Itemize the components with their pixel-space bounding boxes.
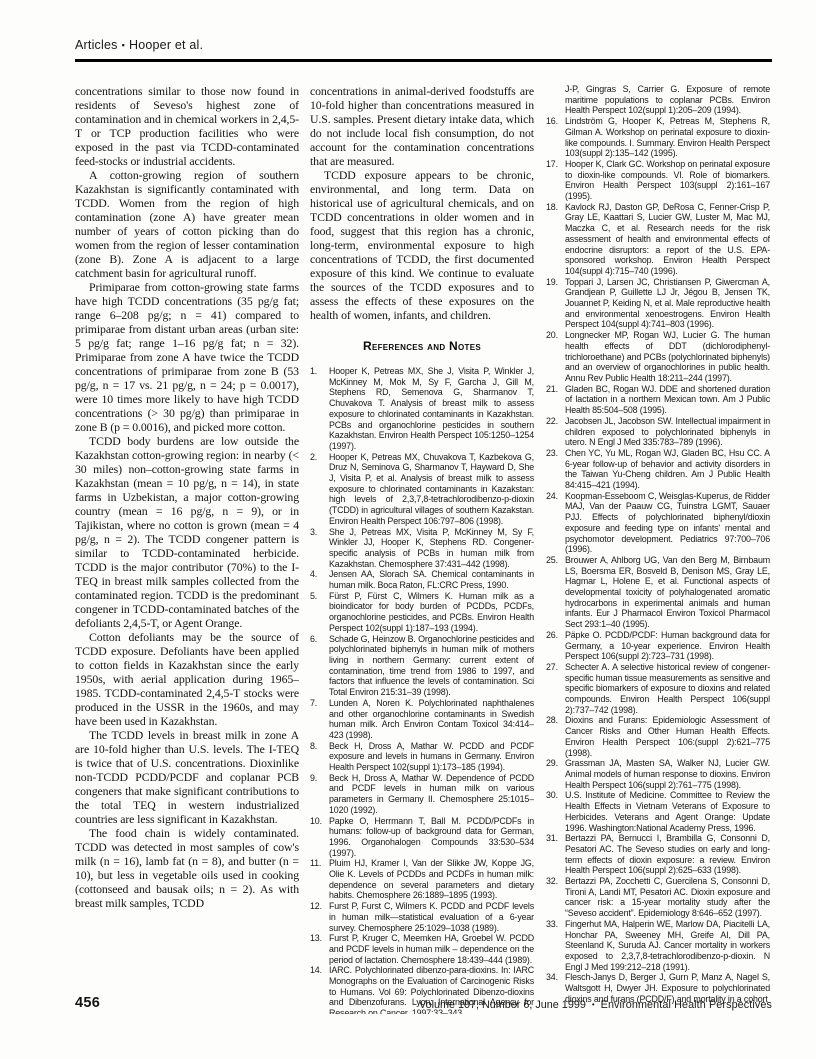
header-rule — [75, 59, 772, 62]
reference-number: 34. — [546, 972, 558, 983]
reference-number: 32. — [546, 876, 558, 887]
reference-number: 21. — [546, 384, 558, 395]
reference-number: 6. — [310, 634, 317, 645]
reference-text: Fingerhut MA, Halperin WE, Marlow DA, Pi… — [565, 919, 770, 972]
reference-text: Bertazzi PA, Bernucci I, Brambilla G, Co… — [565, 833, 770, 875]
reference-number: 5. — [310, 591, 317, 602]
reference-item: 22. Jacobsen JL, Jacobson SW. Intellectu… — [546, 416, 770, 448]
body-paragraph: A cotton-growing region of southern Kaza… — [75, 168, 299, 280]
reference-item: J-P, Gingras S, Carrier G. Exposure of r… — [546, 84, 770, 116]
reference-item: 5. Fürst P, Fürst C, Wilmers K. Human mi… — [310, 591, 534, 634]
references-list-part1: 1. Hooper K, Petreas MX, She J, Visita P… — [310, 366, 534, 1014]
reference-number: 20. — [546, 330, 558, 341]
reference-number: 31. — [546, 833, 558, 844]
reference-item: 29. Grassman JA, Masten SA, Walker NJ, L… — [546, 758, 770, 790]
header-section-label: Articles — [75, 38, 118, 52]
reference-text: She J, Petreas MX, Visita P, McKinney M,… — [329, 527, 534, 569]
reference-item: 8. Beck H, Dross A, Mathar W. PCDD and P… — [310, 741, 534, 773]
reference-item: 33. Fingerhut MA, Halperin WE, Marlow DA… — [546, 919, 770, 973]
reference-item: 25. Brouwer A, Ahlborg UG, Van den Berg … — [546, 555, 770, 630]
reference-number: 1. — [310, 366, 317, 377]
reference-text: Schecter A. A selective historical revie… — [565, 662, 770, 715]
reference-item: 24. Koopman-Esseboom C, Weisglas-Kuperus… — [546, 491, 770, 555]
reference-number: 2. — [310, 452, 317, 463]
footer-volume-info: Volume 107, Number 6, June 1999 — [419, 999, 586, 1011]
reference-text: Chen YC, Yu ML, Rogan WJ, Gladen BC, Hsu… — [565, 448, 770, 490]
reference-item: 2. Hooper K, Petreas MX, Chuvakova T, Ka… — [310, 452, 534, 527]
reference-text: Fürst P, Fürst C, Wilmers K. Human milk … — [329, 591, 534, 633]
reference-number: 26. — [546, 630, 558, 641]
reference-number: 19. — [546, 277, 558, 288]
reference-number: 7. — [310, 698, 317, 709]
reference-text: Hooper K, Petreas MX, She J, Visita P, W… — [329, 366, 534, 451]
reference-item: 6. Schade G, Heinzow B. Organochlorine p… — [310, 634, 534, 698]
reference-text: Koopman-Esseboom C, Weisglas-Kuperus, de… — [565, 491, 770, 555]
reference-number: 30. — [546, 790, 558, 801]
reference-text: Jacobsen JL, Jacobson SW. Intellectual i… — [565, 416, 770, 447]
reference-item: 23. Chen YC, Yu ML, Rogan WJ, Gladen BC,… — [546, 448, 770, 491]
reference-number: 29. — [546, 758, 558, 769]
reference-item: 4. Jensen AA, Slorach SA. Chemical conta… — [310, 569, 534, 590]
body-paragraph: concentrations in animal-derived foodstu… — [310, 84, 534, 168]
reference-number: 13. — [310, 933, 322, 944]
reference-text: Beck H, Dross A, Mathar W. Dependence of… — [329, 773, 534, 815]
running-header: Articles▪Hooper et al. — [75, 38, 203, 52]
header-bullet-icon: ▪ — [118, 40, 129, 50]
reference-item: 11. Pluim HJ, Kramer I, Van der Slikke J… — [310, 858, 534, 901]
body-paragraph: Primiparae from cotton-growing state far… — [75, 280, 299, 434]
reference-item: 12. Furst P, Furst C, Wilmers K. PCDD an… — [310, 901, 534, 933]
reference-text: Beck H, Dross A, Mathar W. PCDD and PCDF… — [329, 741, 534, 772]
reference-number: 3. — [310, 527, 317, 538]
reference-text: Pluim HJ, Kramer I, Van der Slikke JW, K… — [329, 858, 534, 900]
reference-item: 13. Furst P, Kruger C, Meemken HA, Groeb… — [310, 933, 534, 965]
column-left: concentrations similar to those now foun… — [75, 84, 299, 981]
column-right: J-P, Gingras S, Carrier G. Exposure of r… — [546, 84, 770, 1016]
reference-text: Lindström G, Hooper K, Petreas M, Stephe… — [565, 116, 770, 158]
reference-number: 33. — [546, 919, 558, 930]
reference-item: 16. Lindström G, Hooper K, Petreas M, St… — [546, 116, 770, 159]
body-paragraph: concentrations similar to those now foun… — [75, 84, 299, 168]
reference-text: Brouwer A, Ahlborg UG, Van den Berg M, B… — [565, 555, 770, 629]
footer-bullet-icon: • — [586, 1000, 601, 1009]
reference-number: 11. — [310, 858, 321, 869]
reference-text: Furst P, Furst C, Wilmers K. PCDD and PC… — [329, 901, 534, 932]
reference-number: 8. — [310, 741, 317, 752]
references-heading: References and Notes — [310, 339, 534, 353]
body-paragraph: TCDD body burdens are low outside the Ka… — [75, 434, 299, 630]
reference-number: 17. — [546, 159, 558, 170]
body-paragraph: Cotton defoliants may be the source of T… — [75, 630, 299, 728]
reference-text: Jensen AA, Slorach SA. Chemical contamin… — [329, 569, 534, 590]
reference-item: 19. Toppari J, Larsen JC, Christiansen P… — [546, 277, 770, 331]
reference-number: 27. — [546, 662, 558, 673]
footer-journal-name: Environmental Health Perspectives — [601, 999, 772, 1011]
body-paragraph: TCDD exposure appears to be chronic, env… — [310, 168, 534, 322]
reference-number: 4. — [310, 569, 317, 580]
reference-text: Grassman JA, Masten SA, Walker NJ, Lucie… — [565, 758, 770, 789]
reference-item: 9. Beck H, Dross A, Mathar W. Dependence… — [310, 773, 534, 816]
reference-text: Kavlock RJ, Daston GP, DeRosa C, Fenner-… — [565, 202, 770, 276]
reference-number: 12. — [310, 901, 322, 912]
body-paragraph: The food chain is widely contaminated. T… — [75, 826, 299, 910]
reference-number: 14. — [310, 965, 322, 976]
reference-text: Dioxins and Furans: Epidemiologic Assess… — [565, 715, 770, 757]
reference-number: 23. — [546, 448, 558, 459]
reference-item: 32. Bertazzi PA, Zocchetti C, Guercilena… — [546, 876, 770, 919]
reference-text: J-P, Gingras S, Carrier G. Exposure of r… — [565, 84, 770, 115]
reference-item: 30. U.S. Institute of Medicine. Committe… — [546, 790, 770, 833]
column-middle: concentrations in animal-derived foodstu… — [310, 84, 534, 1014]
reference-item: 3. She J, Petreas MX, Visita P, McKinney… — [310, 527, 534, 570]
reference-item: 7. Lunden A, Noren K. Polychlorinated na… — [310, 698, 534, 741]
header-authors: Hooper et al. — [129, 38, 203, 52]
reference-item: 26. Päpke O. PCDD/PCDF: Human background… — [546, 630, 770, 662]
reference-number: 24. — [546, 491, 558, 502]
reference-item: 27. Schecter A. A selective historical r… — [546, 662, 770, 716]
reference-item: 31. Bertazzi PA, Bernucci I, Brambilla G… — [546, 833, 770, 876]
reference-text: Hooper K, Clark GC. Workshop on perinata… — [565, 159, 770, 201]
reference-item: 1. Hooper K, Petreas MX, She J, Visita P… — [310, 366, 534, 452]
reference-number: 10. — [310, 816, 322, 827]
reference-text: Päpke O. PCDD/PCDF: Human background dat… — [565, 630, 770, 661]
column-middle-paragraphs: concentrations in animal-derived foodstu… — [310, 84, 534, 322]
reference-text: Gladen BC, Rogan WJ. DDE and shortened d… — [565, 384, 770, 415]
reference-text: Furst P, Kruger C, Meemken HA, Groebel W… — [329, 933, 534, 964]
reference-item: 28. Dioxins and Furans: Epidemiologic As… — [546, 715, 770, 758]
body-paragraph: The TCDD levels in breast milk in zone A… — [75, 728, 299, 826]
reference-text: Longnecker MP, Rogan WJ, Lucier G. The h… — [565, 330, 770, 383]
reference-number: 28. — [546, 715, 558, 726]
reference-number: 25. — [546, 555, 558, 566]
reference-text: Schade G, Heinzow B. Organochlorine pest… — [329, 634, 534, 698]
reference-number: 22. — [546, 416, 558, 427]
reference-number: 16. — [546, 116, 558, 127]
reference-text: Toppari J, Larsen JC, Christiansen P, Gi… — [565, 277, 770, 330]
footer-page-number: 456 — [75, 995, 100, 1011]
reference-text: U.S. Institute of Medicine. Committee to… — [565, 790, 770, 832]
reference-number: 9. — [310, 773, 317, 784]
reference-text: Bertazzi PA, Zocchetti C, Guercilena S, … — [565, 876, 770, 918]
reference-number: 18. — [546, 202, 558, 213]
reference-item: 17. Hooper K, Clark GC. Workshop on peri… — [546, 159, 770, 202]
reference-text: Papke O, Herrmann T, Ball M. PCDD/PCDFs … — [329, 816, 534, 858]
reference-item: 20. Longnecker MP, Rogan WJ, Lucier G. T… — [546, 330, 770, 384]
reference-item: 18. Kavlock RJ, Daston GP, DeRosa C, Fen… — [546, 202, 770, 277]
reference-text: Hooper K, Petreas MX, Chuvakova T, Kazbe… — [329, 452, 534, 526]
footer-journal-line: Volume 107, Number 6, June 1999•Environm… — [419, 999, 772, 1011]
reference-item: 21. Gladen BC, Rogan WJ. DDE and shorten… — [546, 384, 770, 416]
reference-text: Lunden A, Noren K. Polychlorinated napht… — [329, 698, 534, 740]
reference-item: 10. Papke O, Herrmann T, Ball M. PCDD/PC… — [310, 816, 534, 859]
